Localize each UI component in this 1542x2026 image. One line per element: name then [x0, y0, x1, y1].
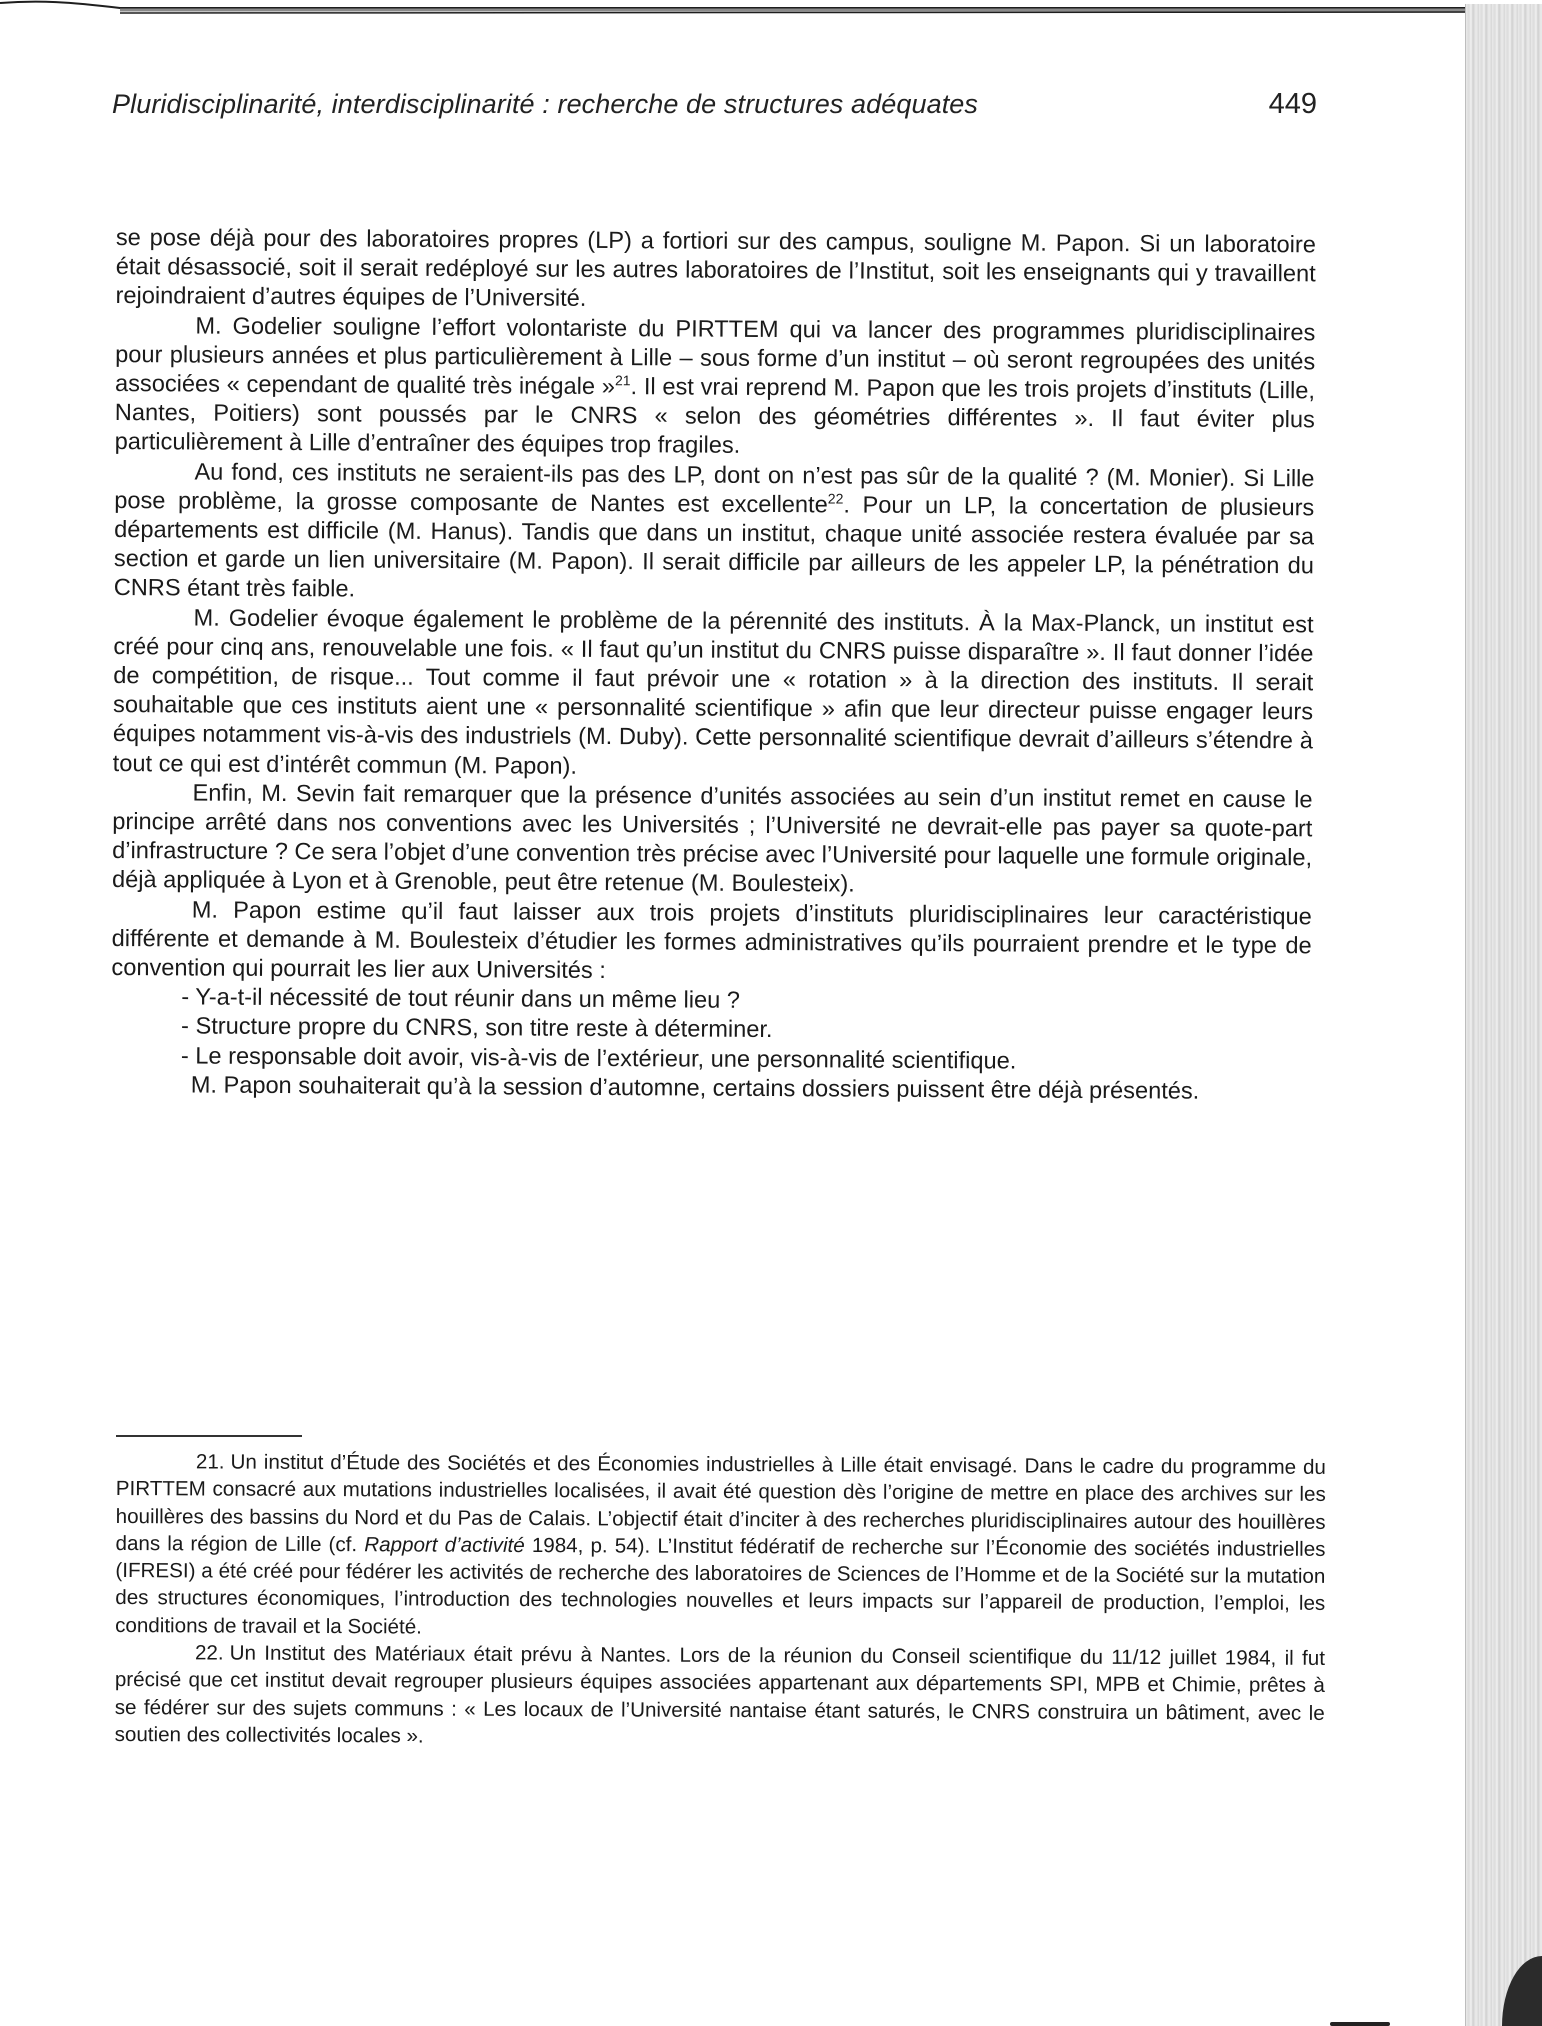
footnote-number: 22.	[195, 1641, 224, 1664]
running-head: Pluridisciplinarité, interdisciplinarité…	[112, 88, 1317, 121]
paragraph-2: M. Godelier souligne l’effort volontaris…	[115, 312, 1316, 465]
footnote-21: 21.Un institut d’Étude des Sociétés et d…	[115, 1448, 1326, 1645]
footnotes: 21.Un institut d’Étude des Sociétés et d…	[115, 1448, 1326, 1754]
footnote-divider	[116, 1435, 302, 1437]
paragraph-5: Enfin, M. Sevin fait remarquer que la pr…	[112, 779, 1313, 903]
paragraph-7: M. Papon souhaiterait qu’à la session d’…	[111, 1071, 1311, 1108]
footnote-number: 21.	[196, 1450, 225, 1473]
scan-bottom-shadow	[1330, 2022, 1390, 2026]
page-number: 449	[1269, 88, 1317, 121]
running-title: Pluridisciplinarité, interdisciplinarité…	[112, 89, 978, 120]
paragraph-4: M. Godelier évoque également le problème…	[113, 604, 1314, 787]
body-text: se pose déjà pour des laboratoires propr…	[111, 224, 1316, 1107]
footnote-ref-21[interactable]: 21	[615, 372, 631, 388]
scan-top-edge	[0, 0, 1542, 16]
footnote-22: 22.Un Institut des Matériaux était prévu…	[115, 1639, 1326, 1754]
footnote-22-text: Un Institut des Matériaux était prévu à …	[115, 1642, 1325, 1748]
paragraph-3: Au fond, ces instituts ne seraient-ils p…	[114, 458, 1315, 611]
book-page-edges	[1465, 4, 1542, 2026]
paragraph-6: M. Papon estime qu’il faut laisser aux t…	[111, 896, 1312, 991]
footnote-ref-22[interactable]: 22	[828, 490, 844, 506]
paragraph-1: se pose déjà pour des laboratoires propr…	[115, 224, 1316, 319]
footnote-21-italic-title: Rapport d’activité	[364, 1533, 525, 1557]
